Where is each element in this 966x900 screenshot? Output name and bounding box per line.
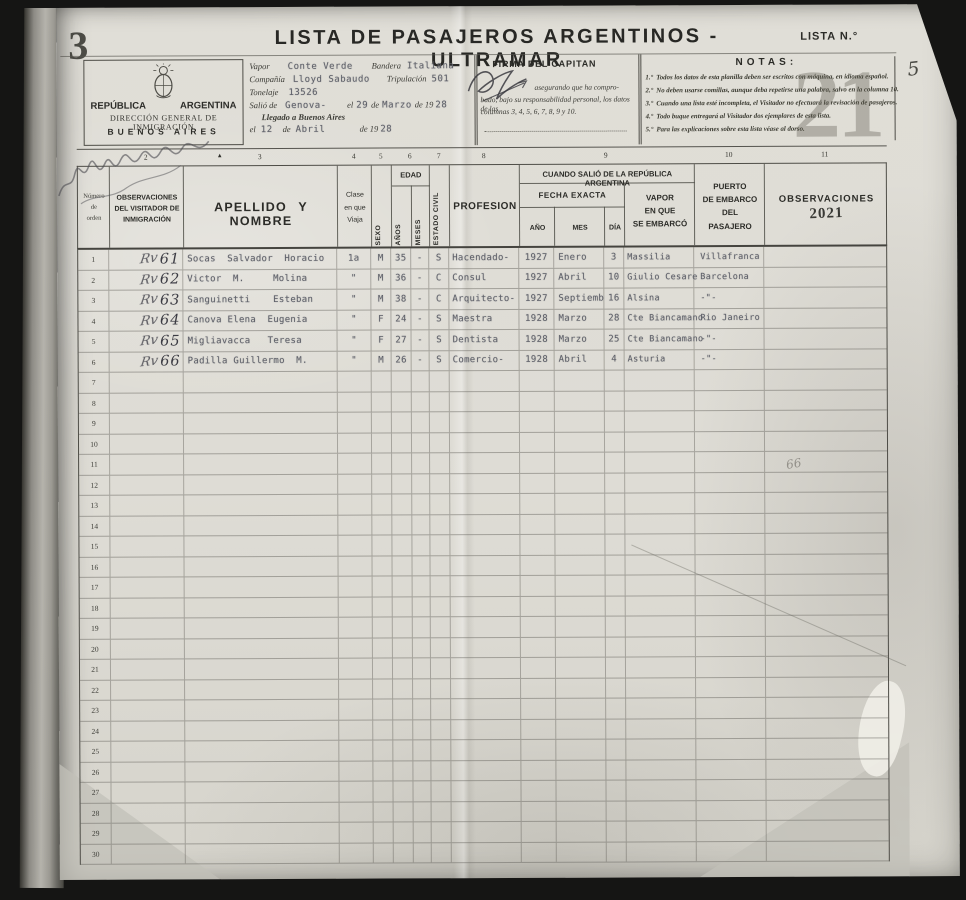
cell-ano: 1927 xyxy=(519,268,554,288)
cell-clase xyxy=(338,515,372,535)
cell-nombre xyxy=(184,474,338,494)
cell-mes xyxy=(555,555,605,575)
cell-anos xyxy=(392,556,412,576)
col-number: 3 xyxy=(243,152,277,161)
scanned-document: 3 LISTA DE PASAJEROS ARGENTINOS - ULTRAM… xyxy=(0,0,966,900)
cell-obs xyxy=(766,718,888,738)
nota-text: Todos los datos de esta planilla deben s… xyxy=(656,73,888,81)
cell-obs xyxy=(766,574,888,594)
cell-sexo xyxy=(373,761,393,781)
cell-ano xyxy=(520,494,555,514)
cell-meses xyxy=(412,494,430,514)
header-profesion: PROFESION xyxy=(450,201,520,212)
cell-anos xyxy=(393,597,413,617)
cell-estado: C xyxy=(429,289,449,309)
cell-vapor xyxy=(626,657,696,677)
cell-profesion xyxy=(452,801,522,821)
cell-mes xyxy=(555,391,605,411)
cell-ano xyxy=(521,576,556,596)
cell-vapor xyxy=(626,637,696,657)
cell-mes xyxy=(555,514,605,534)
cell-clase xyxy=(339,720,373,740)
cell-num: 14 xyxy=(79,516,110,536)
nota-item: 4.°Todo buque entregará al Visitador dos… xyxy=(646,109,890,123)
cell-num: 19 xyxy=(80,619,111,639)
cell-puerto: -"- xyxy=(695,329,765,349)
cell-anos xyxy=(394,843,414,863)
llegado-de19-label: de 19 xyxy=(360,124,379,134)
cell-meses xyxy=(413,740,431,760)
nota-item: 3.°Cuando una lista esté incompleta, el … xyxy=(645,96,889,110)
cell-ano xyxy=(520,371,555,391)
nota-number: 1.° xyxy=(645,74,653,81)
cell-dia: 4 xyxy=(605,350,625,370)
cell-puerto xyxy=(696,575,766,595)
cell-obs xyxy=(765,349,887,369)
cell-anos xyxy=(393,740,413,760)
cell-puerto xyxy=(695,472,765,492)
cell-ano xyxy=(520,453,555,473)
cell-anos xyxy=(393,576,413,596)
cell-profesion xyxy=(450,514,520,534)
cell-estado: S xyxy=(430,330,450,350)
nota-number: 3.° xyxy=(646,100,654,107)
cell-dia xyxy=(607,842,627,862)
cell-anos xyxy=(392,371,412,391)
cell-dia xyxy=(605,473,625,493)
cell-vapor xyxy=(625,411,695,431)
cell-obs xyxy=(766,677,888,697)
cell-clase xyxy=(338,372,372,392)
cell-vapor xyxy=(626,719,696,739)
cell-mes xyxy=(556,699,606,719)
cell-dia xyxy=(605,391,625,411)
cell-anos xyxy=(394,822,414,842)
cell-ano: 1927 xyxy=(519,289,554,309)
cell-estado xyxy=(431,658,451,678)
tonelaje-value: 13526 xyxy=(288,88,318,98)
cell-anos xyxy=(392,453,412,473)
cell-clase xyxy=(339,741,373,761)
cell-vapor xyxy=(626,575,696,595)
cell-mes xyxy=(556,596,606,616)
sheet-number-box: 5 xyxy=(894,56,937,140)
cell-ano xyxy=(522,842,557,862)
llegado-label: Llegado a Buenos Aires xyxy=(262,112,346,122)
cell-vapor xyxy=(625,391,695,411)
cell-sexo xyxy=(372,474,392,494)
cell-dia xyxy=(606,637,626,657)
cell-sexo: M xyxy=(371,290,391,310)
cell-mes: Marzo xyxy=(555,330,605,350)
cell-clase xyxy=(340,823,374,843)
de19-label: de 19 xyxy=(415,99,434,109)
de-label: de xyxy=(371,100,379,110)
cell-sexo xyxy=(374,823,394,843)
cell-clase xyxy=(338,495,372,515)
cell-meses xyxy=(413,638,431,658)
cell-clase xyxy=(339,577,373,597)
header-meses: MESES xyxy=(415,191,422,245)
cell-profesion: Arquitecto- xyxy=(449,289,519,309)
cell-dia xyxy=(606,678,626,698)
nota-text: No deben usarse comillas, aunque deba re… xyxy=(656,86,898,94)
col-number: 11 xyxy=(808,150,842,159)
cell-estado xyxy=(431,761,451,781)
cell-vapor xyxy=(625,534,695,554)
cell-puerto xyxy=(696,636,766,656)
cell-meses xyxy=(412,371,430,391)
cell-obs xyxy=(767,841,889,861)
cell-puerto xyxy=(695,370,765,390)
cell-mes xyxy=(556,678,606,698)
nota-text: Todo buque entregará al Visitador dos ej… xyxy=(656,113,831,121)
cell-dia xyxy=(605,555,625,575)
cell-visitador xyxy=(111,680,185,700)
cell-vapor xyxy=(627,821,697,841)
visitador-mark: Rv xyxy=(140,353,160,370)
cell-obs xyxy=(765,431,887,451)
captain-text-3: columnas 3, 4, 5, 6, 7, 8, 9 y 10. xyxy=(481,107,577,116)
cell-anos xyxy=(393,679,413,699)
cell-puerto xyxy=(695,493,765,513)
cell-clase xyxy=(339,659,373,679)
cell-vapor xyxy=(625,555,695,575)
cell-anos xyxy=(393,781,413,801)
cell-mes xyxy=(556,760,606,780)
cell-nombre xyxy=(184,392,338,412)
cell-ano xyxy=(520,514,555,534)
cell-obs xyxy=(766,759,888,779)
cell-profesion xyxy=(450,371,520,391)
cell-visitador xyxy=(112,823,186,843)
notas-title: NOTAS: xyxy=(643,56,889,68)
cell-clase xyxy=(338,392,372,412)
col-number: 10 xyxy=(712,150,746,159)
cell-clase xyxy=(338,536,372,556)
cell-meses: - xyxy=(411,310,429,330)
cell-profesion: Hacendado- xyxy=(449,248,519,268)
header-edad: EDAD xyxy=(392,170,430,179)
cell-num: 21 xyxy=(80,660,111,680)
cell-obs xyxy=(765,492,887,512)
cell-visitador xyxy=(111,762,185,782)
cell-anos xyxy=(392,474,412,494)
cell-estado xyxy=(432,802,452,822)
cell-dia: 3 xyxy=(604,247,624,267)
cell-dia xyxy=(607,801,627,821)
cell-anos xyxy=(392,515,412,535)
cell-mes: Abril xyxy=(554,268,604,288)
cell-vapor: Cte Biancamano xyxy=(624,309,694,329)
cell-meses xyxy=(412,392,430,412)
header-dia: DÍA xyxy=(605,224,625,231)
cell-mes xyxy=(556,658,606,678)
cell-dia xyxy=(606,780,626,800)
cell-dia xyxy=(605,514,625,534)
cell-nombre xyxy=(185,700,339,720)
cell-clase xyxy=(338,413,372,433)
cell-vapor xyxy=(626,616,696,636)
cell-ano xyxy=(521,699,556,719)
cell-ano: 1928 xyxy=(520,330,555,350)
cell-obs xyxy=(765,513,887,533)
header-ano: AÑO xyxy=(520,225,555,232)
cell-visitador xyxy=(111,782,185,802)
cell-num: 8 xyxy=(79,393,110,413)
cell-dia xyxy=(606,719,626,739)
cell-anos xyxy=(393,761,413,781)
passenger-list-page: 3 LISTA DE PASAJEROS ARGENTINOS - ULTRAM… xyxy=(56,4,960,880)
cell-vapor xyxy=(626,739,696,759)
cell-meses xyxy=(413,781,431,801)
cell-obs xyxy=(766,738,888,758)
cell-nombre xyxy=(185,577,339,597)
notas-list: 1.°Todos los datos de esta planilla debe… xyxy=(645,70,889,136)
cell-obs xyxy=(764,287,886,307)
cell-anos xyxy=(392,412,412,432)
cell-estado: S xyxy=(429,248,449,268)
cell-puerto xyxy=(696,739,766,759)
cell-clase xyxy=(340,843,374,863)
cell-profesion xyxy=(450,555,520,575)
header-cuando-salio: CUANDO SALIÓ DE LA REPÚBLICA ARGENTINA xyxy=(520,169,695,188)
cell-nombre: Canova Elena Eugenia xyxy=(183,310,337,330)
cell-obs xyxy=(765,554,887,574)
cell-estado xyxy=(430,474,450,494)
cell-puerto: Villafranca xyxy=(694,247,764,267)
cell-visitador: Rv61 xyxy=(109,249,183,269)
cell-anos xyxy=(394,802,414,822)
cell-dia: 10 xyxy=(604,268,624,288)
cell-sexo xyxy=(373,679,393,699)
argentina-label: ARGENTINA xyxy=(180,100,237,111)
cell-puerto xyxy=(696,759,766,779)
cell-estado xyxy=(431,781,451,801)
cell-clase xyxy=(339,638,373,658)
cell-clase xyxy=(339,618,373,638)
visitador-mark: Rv xyxy=(139,271,159,288)
cell-nombre xyxy=(184,515,338,535)
cell-estado xyxy=(430,515,450,535)
cell-obs xyxy=(766,595,888,615)
cell-anos xyxy=(393,617,413,637)
cell-nombre xyxy=(185,597,339,617)
cell-estado xyxy=(430,556,450,576)
cell-anos: 24 xyxy=(391,310,411,330)
cell-visitador xyxy=(110,413,184,433)
cell-visitador xyxy=(110,536,184,556)
cell-meses: - xyxy=(412,330,430,350)
cell-meses xyxy=(413,761,431,781)
cell-profesion xyxy=(450,473,520,493)
cell-clase: " xyxy=(337,269,371,289)
cell-clase xyxy=(339,782,373,802)
cell-num: 30 xyxy=(81,844,112,864)
cell-sexo xyxy=(373,597,393,617)
cell-puerto: -"- xyxy=(695,349,765,369)
cell-meses xyxy=(412,474,430,494)
cell-vapor xyxy=(625,432,695,452)
grid-line xyxy=(411,185,412,246)
cell-visitador xyxy=(110,475,184,495)
cell-visitador xyxy=(110,557,184,577)
cell-visitador: Rv64 xyxy=(109,311,183,331)
cell-ano xyxy=(521,740,556,760)
cell-meses xyxy=(413,617,431,637)
cell-meses xyxy=(413,658,431,678)
cell-visitador: Rv63 xyxy=(109,290,183,310)
cell-vapor xyxy=(626,780,696,800)
cell-obs xyxy=(767,820,889,840)
cell-num: 28 xyxy=(81,803,112,823)
cell-nombre: Sanguinetti Esteban xyxy=(183,290,337,310)
cell-sexo: M xyxy=(371,269,391,289)
cell-ano xyxy=(521,617,556,637)
cell-visitador xyxy=(111,700,185,720)
cell-vapor xyxy=(627,842,697,862)
cell-profesion xyxy=(450,391,520,411)
cell-nombre xyxy=(184,495,338,515)
cell-vapor: Giulio Cesare xyxy=(624,268,694,288)
cell-obs xyxy=(765,410,887,430)
cell-profesion xyxy=(451,781,521,801)
cell-nombre xyxy=(184,556,338,576)
cell-sexo xyxy=(372,454,392,474)
nota-number: 4.° xyxy=(646,114,654,121)
cell-num: 3 xyxy=(78,291,109,311)
pencil-note: 66 xyxy=(785,456,803,472)
salio-puerto: Genova- xyxy=(285,101,347,111)
cell-mes xyxy=(556,719,606,739)
cell-clase xyxy=(339,761,373,781)
cell-puerto xyxy=(696,780,766,800)
cell-meses xyxy=(413,576,431,596)
visitador-mark: Rv xyxy=(140,312,160,329)
cell-ano xyxy=(520,391,555,411)
cell-sexo xyxy=(373,618,393,638)
cell-nombre xyxy=(185,761,339,781)
cell-dia xyxy=(606,575,626,595)
cell-mes xyxy=(555,371,605,391)
cell-meses xyxy=(412,535,430,555)
cell-meses: - xyxy=(411,248,429,268)
cell-nombre xyxy=(185,679,339,699)
cell-profesion xyxy=(451,760,521,780)
cell-ano xyxy=(522,822,557,842)
visitador-number: 63 xyxy=(160,292,181,308)
cell-sexo xyxy=(373,659,393,679)
cell-puerto xyxy=(695,513,765,533)
header-clase: Clase en que Viaja xyxy=(338,190,372,228)
cell-num: 7 xyxy=(79,373,110,393)
llegado-ano: 28 xyxy=(380,125,392,135)
cell-vapor xyxy=(626,698,696,718)
cell-anos xyxy=(392,535,412,555)
cell-sexo: F xyxy=(371,310,391,330)
cell-num: 6 xyxy=(79,352,110,372)
cell-estado: S xyxy=(430,351,450,371)
cell-puerto xyxy=(695,452,765,472)
cell-obs xyxy=(764,267,886,287)
cell-obs xyxy=(766,779,888,799)
cell-num: 29 xyxy=(81,824,112,844)
col-number: 8 xyxy=(467,151,501,160)
cell-estado xyxy=(430,412,450,432)
notas-box: NOTAS: 1.°Todos los datos de esta planil… xyxy=(643,53,889,144)
cell-dia: 25 xyxy=(605,329,625,349)
cell-anos xyxy=(392,494,412,514)
cell-anos xyxy=(393,638,413,658)
cell-visitador xyxy=(111,741,185,761)
cell-vapor: Alsina xyxy=(624,288,694,308)
col-number: 7 xyxy=(422,151,456,160)
cell-ano xyxy=(520,535,555,555)
cell-sexo xyxy=(372,392,392,412)
cell-ano xyxy=(520,555,555,575)
cell-dia xyxy=(606,657,626,677)
cell-anos xyxy=(392,433,412,453)
cell-anos xyxy=(393,720,413,740)
cell-vapor xyxy=(627,801,697,821)
cell-profesion xyxy=(451,617,521,637)
cell-mes xyxy=(556,576,606,596)
cell-profesion xyxy=(451,637,521,657)
cell-profesion xyxy=(450,432,520,452)
cell-obs xyxy=(766,636,888,656)
cell-clase xyxy=(338,454,372,474)
cell-sexo xyxy=(373,720,393,740)
cell-mes xyxy=(555,535,605,555)
cell-sexo xyxy=(372,556,392,576)
cell-visitador xyxy=(111,577,185,597)
cell-meses xyxy=(413,679,431,699)
cell-estado xyxy=(431,617,451,637)
cell-puerto xyxy=(696,595,766,615)
cell-sexo xyxy=(374,843,394,863)
cell-profesion xyxy=(452,822,522,842)
visitador-mark: Rv xyxy=(140,292,160,309)
cell-sexo xyxy=(372,433,392,453)
cell-sexo xyxy=(373,700,393,720)
cell-sexo xyxy=(372,413,392,433)
cell-mes: Marzo xyxy=(554,309,604,329)
cell-profesion xyxy=(451,699,521,719)
cell-vapor xyxy=(626,678,696,698)
visitador-number: 66 xyxy=(160,354,181,370)
cell-anos: 26 xyxy=(392,351,412,371)
cell-estado xyxy=(430,494,450,514)
bandera-value: Italiana xyxy=(407,61,454,71)
cell-dia xyxy=(606,739,626,759)
cell-visitador xyxy=(111,639,185,659)
col-number: 9 xyxy=(589,150,623,159)
cell-mes: Septiemb xyxy=(554,289,604,309)
cell-sexo: M xyxy=(372,351,392,371)
tonelaje-label: Tonelaje xyxy=(249,87,278,97)
cell-estado xyxy=(431,720,451,740)
cell-ano xyxy=(520,473,555,493)
cell-dia xyxy=(606,698,626,718)
cell-num: 1 xyxy=(78,250,109,270)
cell-visitador xyxy=(110,372,184,392)
cell-visitador xyxy=(111,721,185,741)
header-anos: AÑOS xyxy=(395,191,402,245)
cell-profesion xyxy=(451,719,521,739)
cell-dia: 16 xyxy=(604,288,624,308)
salio-ano: 28 xyxy=(435,100,447,110)
cell-nombre xyxy=(185,618,339,638)
